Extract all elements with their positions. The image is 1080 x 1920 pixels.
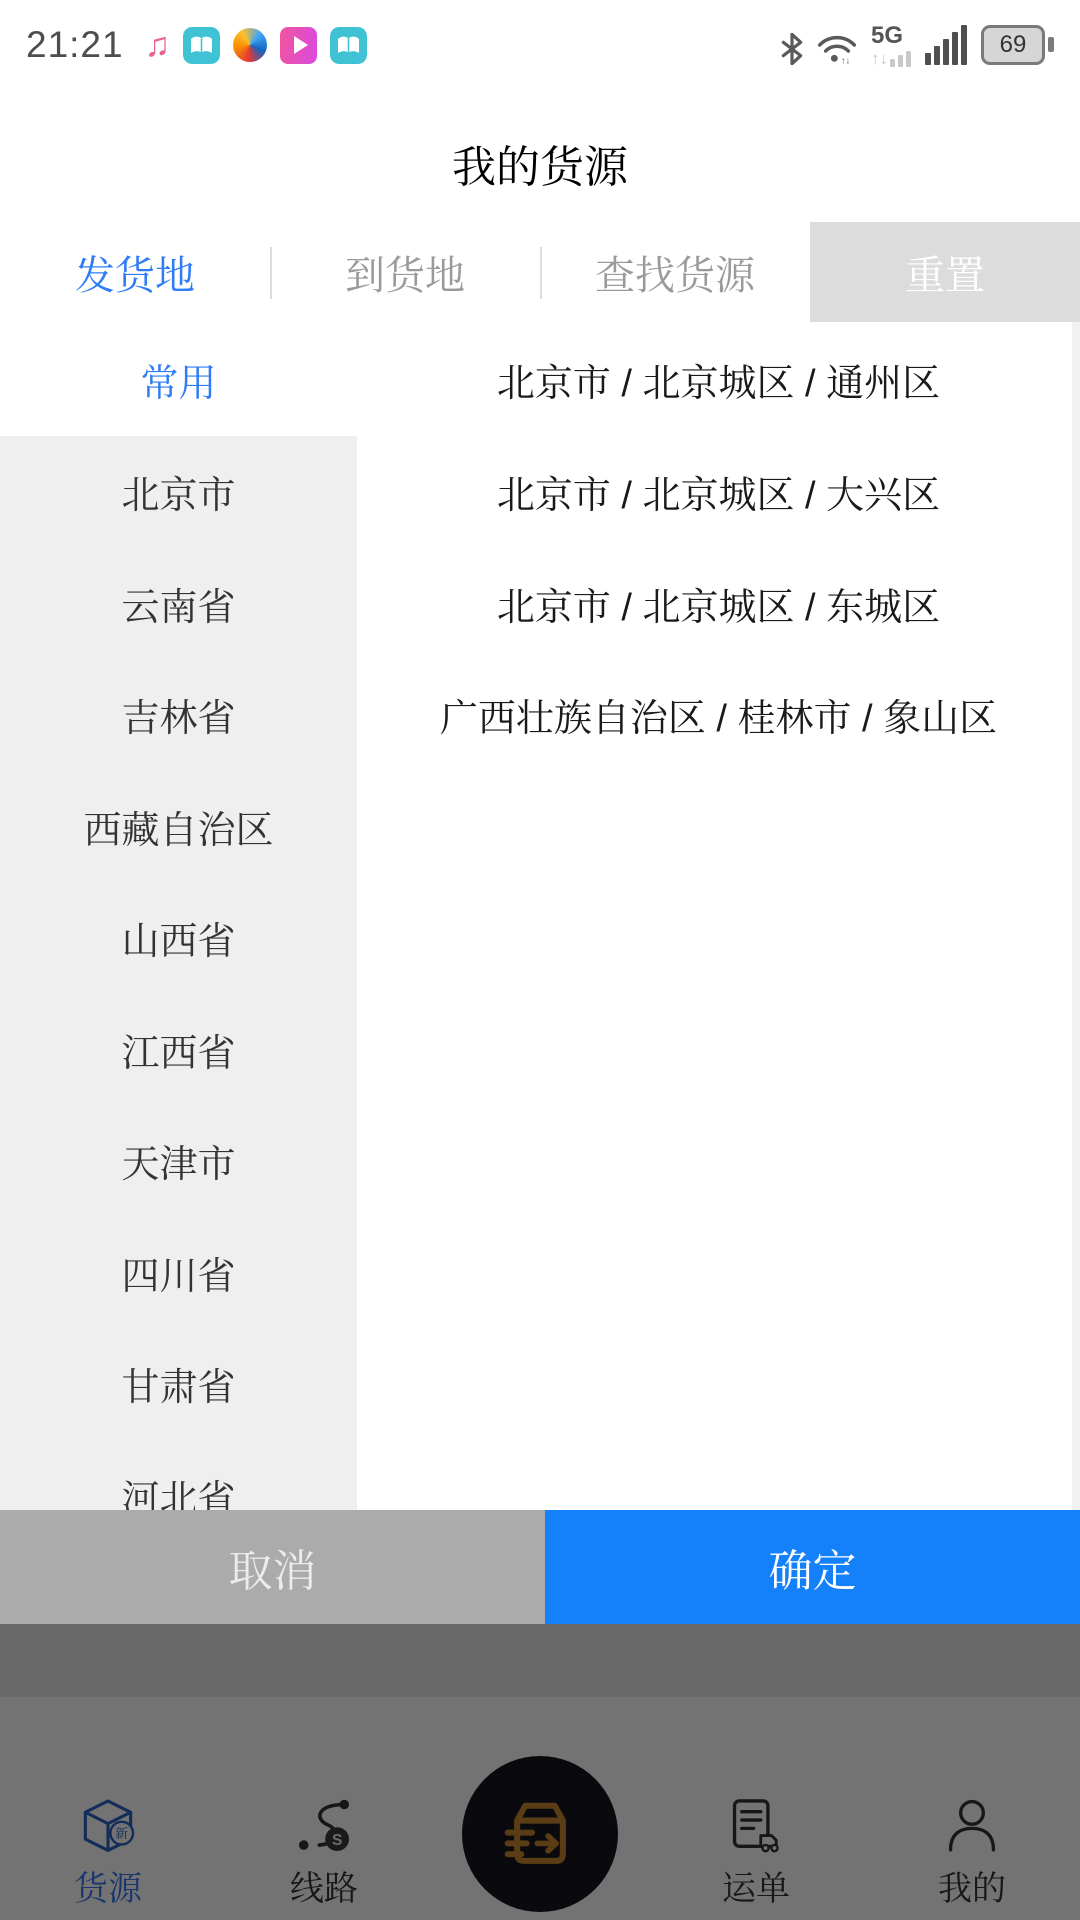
province-item[interactable]: 河北省 — [0, 1440, 357, 1511]
status-bar: 21:21 ♫ ↑↓ 5G ↑↓ — [0, 0, 1080, 90]
network-type-label: 5G — [871, 24, 903, 48]
status-bar-left: 21:21 ♫ — [26, 24, 367, 66]
province-item[interactable]: 西藏自治区 — [0, 771, 357, 883]
region-picker-dropdown: 常用 北京市 云南省 吉林省 西藏自治区 山西省 江西省 天津市 四川省 甘肃省… — [0, 322, 1080, 1510]
status-bar-right: ↑↓ 5G ↑↓ 69 — [781, 24, 1054, 67]
bluetooth-icon — [781, 33, 803, 65]
tab-origin[interactable]: 发货地 — [0, 222, 270, 322]
music-note-icon: ♫ — [145, 27, 171, 63]
data-activity-arrows: ↑↓ — [871, 50, 888, 67]
location-item[interactable]: 北京市 / 北京城区 / 通州区 — [357, 322, 1080, 436]
province-item[interactable]: 吉林省 — [0, 659, 357, 771]
battery-icon: 69 — [981, 25, 1054, 65]
location-item[interactable]: 北京市 / 北京城区 / 大兴区 — [357, 436, 1080, 548]
sim2-signal-bars — [890, 51, 911, 67]
province-item[interactable]: 山西省 — [0, 882, 357, 994]
dimmed-background-region: 新 货源 S 线路 运单 — [0, 1624, 1080, 1920]
dim-overlay[interactable] — [0, 1624, 1080, 1920]
video-play-icon — [280, 27, 317, 64]
location-item[interactable]: 广西壮族自治区 / 桂林市 / 象山区 — [357, 659, 1080, 771]
clock: 21:21 — [26, 24, 124, 66]
wifi-icon: ↑↓ — [817, 33, 857, 65]
scrollbar[interactable] — [1072, 322, 1080, 1510]
selected-location-list: 北京市 / 北京城区 / 通州区 北京市 / 北京城区 / 大兴区 北京市 / … — [357, 322, 1080, 1510]
province-item[interactable]: 北京市 — [0, 436, 357, 548]
picker-action-bar: 取消 确定 — [0, 1510, 1080, 1624]
confirm-button[interactable]: 确定 — [545, 1510, 1080, 1624]
province-item[interactable]: 四川省 — [0, 1217, 357, 1329]
location-item[interactable]: 北京市 / 北京城区 / 东城区 — [357, 548, 1080, 660]
province-item-common[interactable]: 常用 — [0, 322, 357, 436]
filter-tab-bar: 发货地 到货地 查找货源 重置 — [0, 222, 1080, 322]
pinwheel-app-icon — [233, 28, 267, 62]
book-icon-2 — [330, 27, 367, 64]
province-item[interactable]: 天津市 — [0, 1105, 357, 1217]
tab-destination[interactable]: 到货地 — [270, 222, 540, 322]
province-item[interactable]: 江西省 — [0, 994, 357, 1106]
battery-percent: 69 — [981, 25, 1045, 65]
sim1-signal-bars — [925, 25, 967, 65]
province-item[interactable]: 云南省 — [0, 548, 357, 660]
province-item[interactable]: 甘肃省 — [0, 1328, 357, 1440]
signal-icon: 5G ↑↓ — [871, 24, 911, 67]
page-title: 我的货源 — [0, 131, 1080, 195]
svg-text:↑↓: ↑↓ — [841, 55, 850, 64]
reset-button[interactable]: 重置 — [810, 222, 1080, 322]
province-list: 常用 北京市 云南省 吉林省 西藏自治区 山西省 江西省 天津市 四川省 甘肃省… — [0, 322, 357, 1510]
book-icon — [183, 27, 220, 64]
tab-find-cargo[interactable]: 查找货源 — [540, 222, 810, 322]
cancel-button[interactable]: 取消 — [0, 1510, 545, 1624]
